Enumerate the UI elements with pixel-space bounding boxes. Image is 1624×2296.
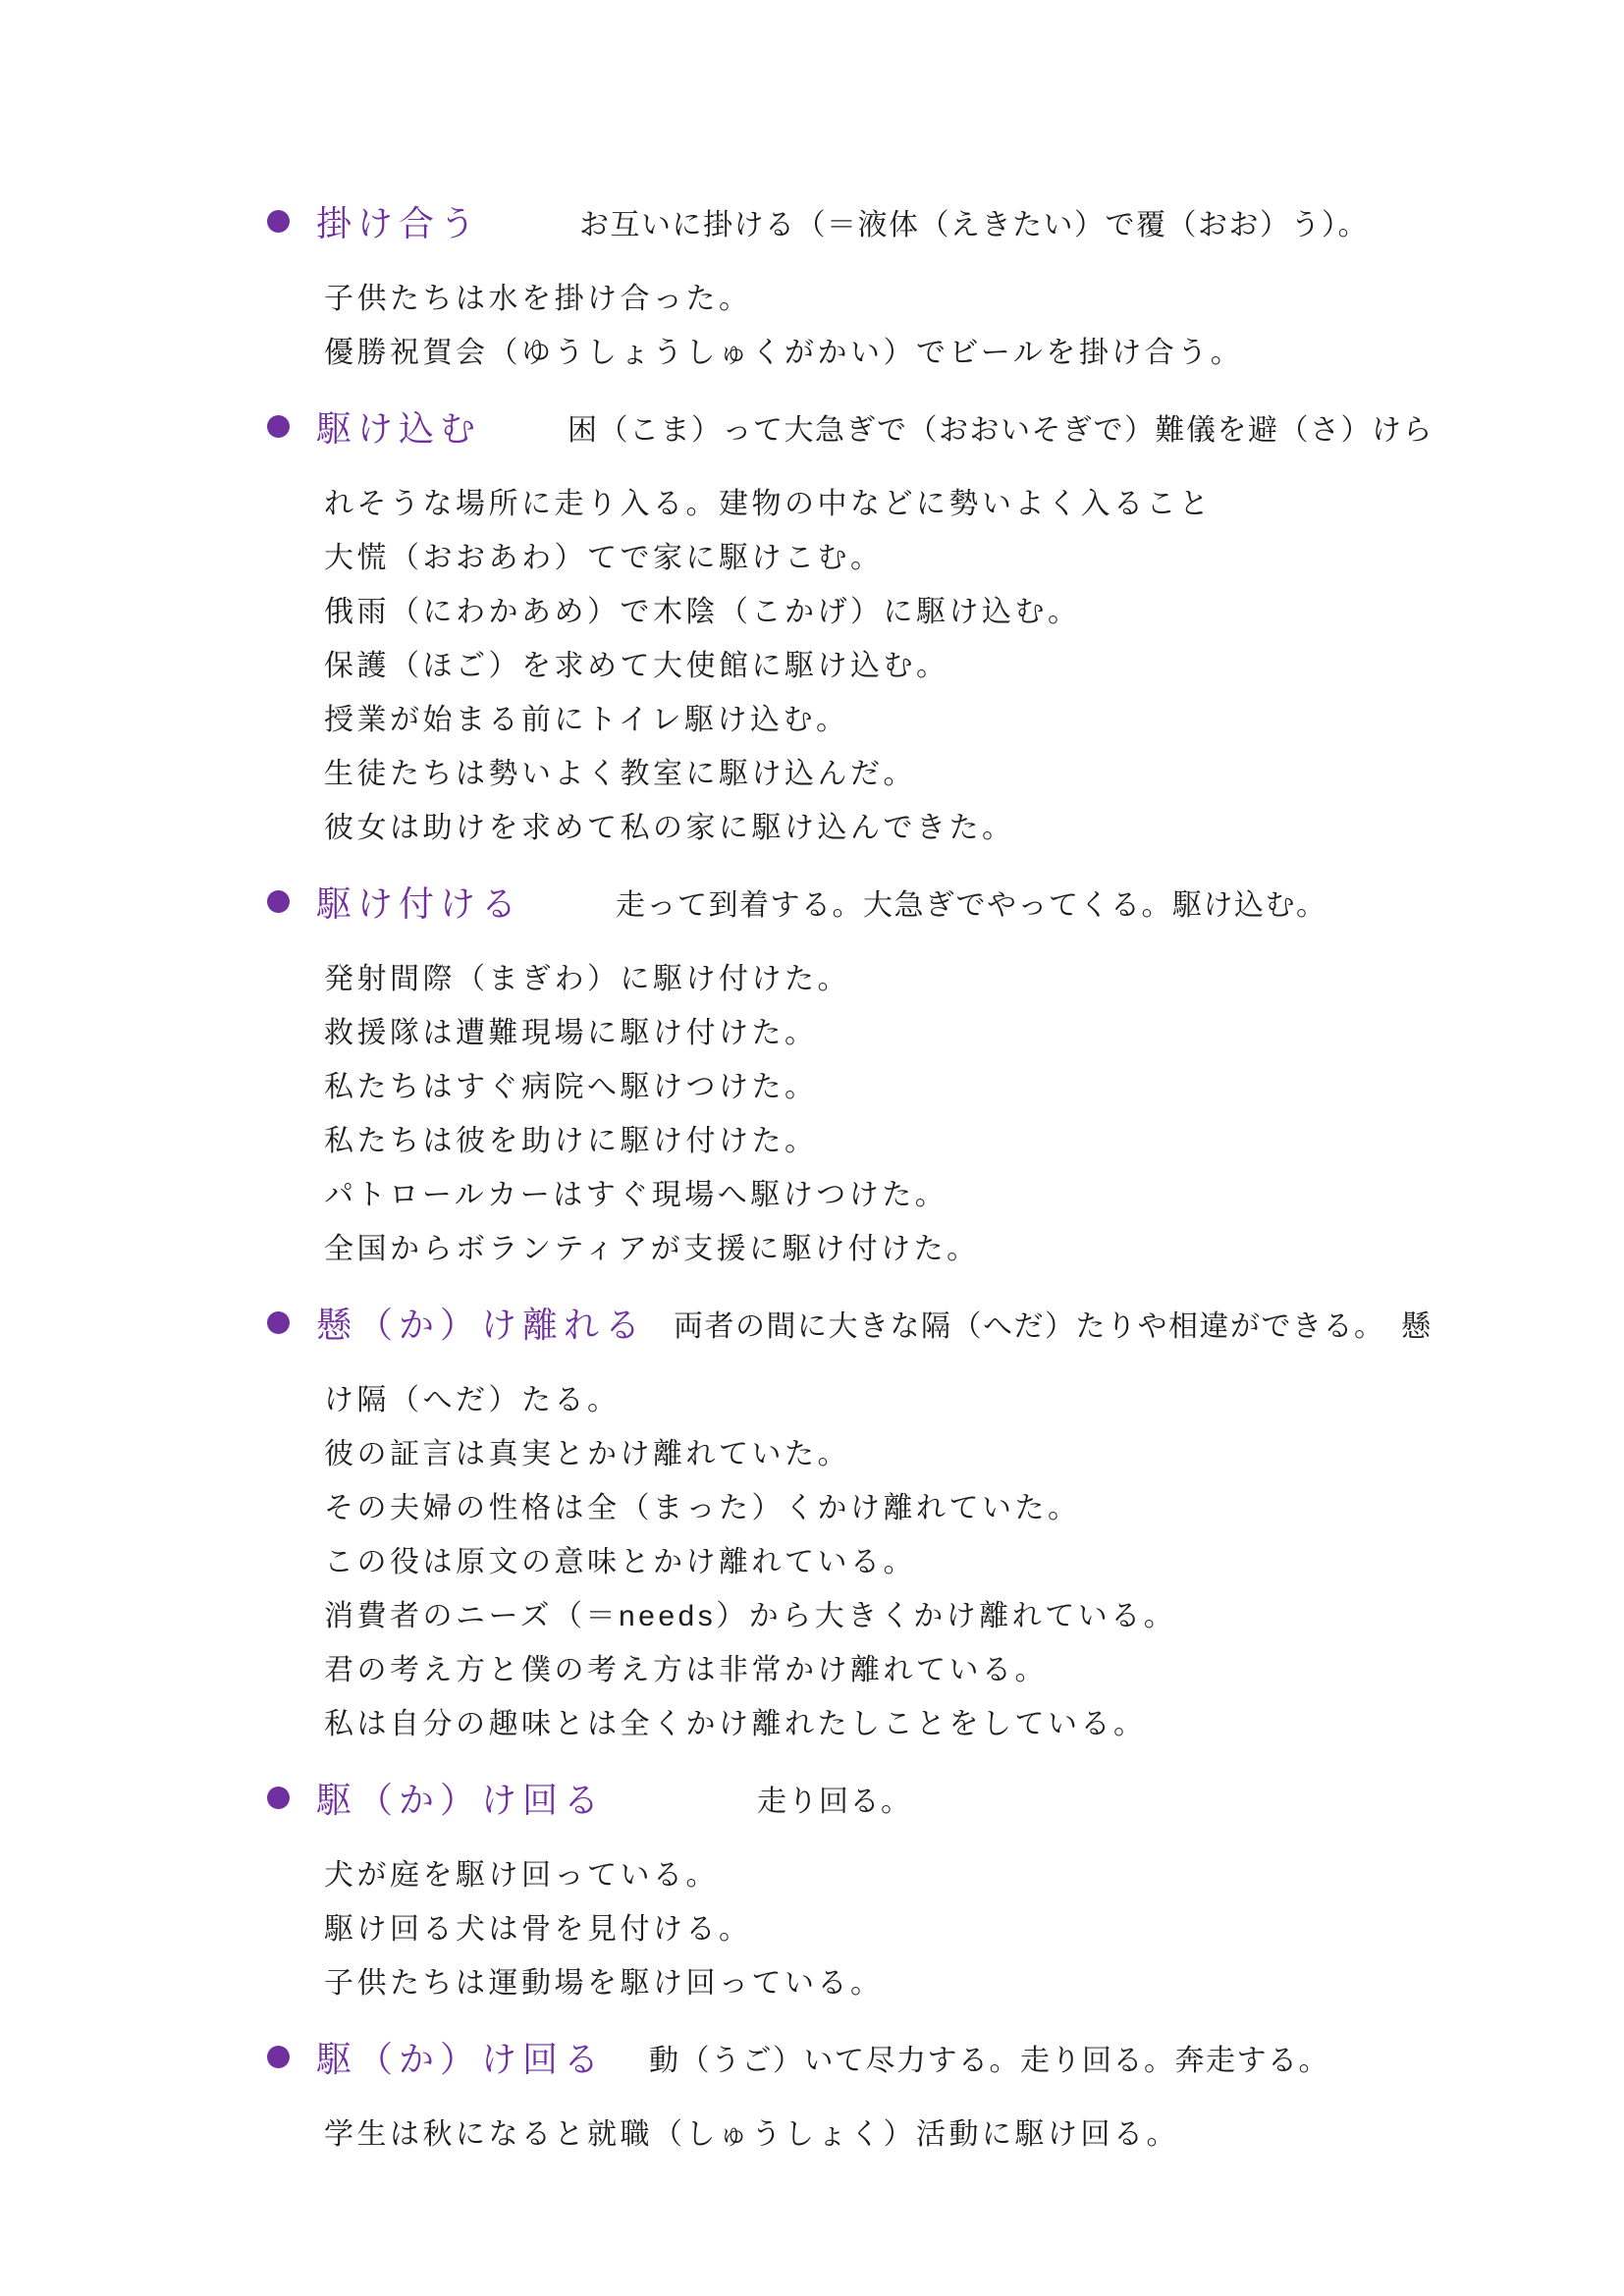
bullet-icon [267,1311,290,1334]
example-sentence: この役は原文の意味とかけ離れている。 [324,1535,1565,1589]
entry-definition-continuation: れそうな場所に走り入る。建物の中などに勢いよく入ること [324,477,1565,531]
example-sentence: 優勝祝賀会（ゆうしょうしゅくがかい）でビールを掛け合う。 [324,326,1565,380]
example-sentence: 彼女は助けを求めて私の家に駆け込んできた。 [324,801,1565,855]
vocab-entry: 駆け込む 困（こま）って大急ぎで（おおいそぎで）難儀を避（さ）けら れそうな場所… [267,401,1565,855]
entry-header: 駆け込む 困（こま）って大急ぎで（おおいそぎで）難儀を避（さ）けら [267,401,1565,452]
bullet-icon [267,890,290,913]
entry-definition: 両者の間に大きな隔（へだ）たりや相違ができる。 懸 [674,1302,1433,1345]
example-sentence: 私たちは彼を助けに駆け付けた。 [324,1114,1565,1168]
document-page: 掛け合う お互いに掛ける（＝液体（えきたい）で覆（おお）う）。 子供たちは水を掛… [0,0,1624,2162]
example-sentence: 犬が庭を駆け回っている。 [324,1848,1565,1902]
vocab-entry: 駆（か）け回る 走り回る。 犬が庭を駆け回っている。 駆け回る犬は骨を見付ける。… [267,1773,1565,2010]
entry-headword: 駆（か）け回る [316,1773,605,1823]
bullet-icon [267,2046,290,2068]
example-sentence: 君の考え方と僕の考え方は非常かけ離れている。 [324,1643,1565,1697]
example-sentence: 俄雨（にわかあめ）で木陰（こかげ）に駆け込む。 [324,585,1565,639]
entry-header: 駆（か）け回る 動（うご）いて尽力する。走り回る。奔走する。 [267,2032,1565,2082]
example-sentence: その夫婦の性格は全（まった）くかけ離れていた。 [324,1481,1565,1535]
example-sentence: 子供たちは水を掛け合った。 [324,272,1565,326]
example-sentence: 救援隊は遭難現場に駆け付けた。 [324,1006,1565,1060]
entry-definition: 困（こま）って大急ぎで（おおいそぎで）難儀を避（さ）けら [568,405,1434,449]
entry-definition: お互いに掛ける（＝液体（えきたい）で覆（おお）う）。 [579,200,1369,243]
entry-definition: 走って到着する。大急ぎでやってくる。駆け込む。 [616,881,1327,924]
example-sentence: 生徒たちは勢いよく教室に駆け込んだ。 [324,747,1565,801]
example-sentence: 私たちはすぐ病院へ駆けつけた。 [324,1060,1565,1114]
entry-header: 懸（か）け離れる 両者の間に大きな隔（へだ）たりや相違ができる。 懸 [267,1298,1565,1348]
example-sentence: 子供たちは運動場を駆け回っている。 [324,1956,1565,2010]
entry-definition-continuation: け隔（へだ）たる。 [324,1373,1565,1427]
entry-headword: 懸（か）け離れる [316,1298,646,1348]
example-sentence: 駆け回る犬は骨を見付ける。 [324,1902,1565,1956]
entry-headword: 駆け込む [316,401,481,452]
example-sentence: 授業が始まる前にトイレ駆け込む。 [324,693,1565,747]
bullet-icon [267,415,290,438]
bullet-icon [267,1787,290,1809]
entry-header: 駆（か）け回る 走り回る。 [267,1773,1565,1823]
example-sentence: パトロールカーはすぐ現場へ駆けつけた。 [324,1168,1565,1222]
example-sentence: 全国からボランティアが支援に駆け付けた。 [324,1222,1565,1276]
entry-definition: 走り回る。 [757,1777,912,1820]
vocab-entry: 掛け合う お互いに掛ける（＝液体（えきたい）で覆（おお）う）。 子供たちは水を掛… [267,196,1565,380]
vocab-entry: 懸（か）け離れる 両者の間に大きな隔（へだ）たりや相違ができる。 懸 け隔（へだ… [267,1298,1565,1751]
entry-definition: 動（うご）いて尽力する。走り回る。奔走する。 [649,2036,1329,2079]
example-sentence: 消費者のニーズ（＝needs）から大きくかけ離れている。 [324,1589,1565,1643]
example-sentence: 私は自分の趣味とは全くかけ離れたしことをしている。 [324,1697,1565,1751]
example-sentence: 大慌（おおあわ）てで家に駆けこむ。 [324,531,1565,585]
entry-headword: 駆（か）け回る [316,2032,605,2082]
entry-header: 掛け合う お互いに掛ける（＝液体（えきたい）で覆（おお）う）。 [267,196,1565,246]
example-sentence: 保護（ほご）を求めて大使館に駆け込む。 [324,639,1565,693]
example-sentence: 彼の証言は真実とかけ離れていた。 [324,1427,1565,1481]
entry-headword: 駆け付ける [316,877,522,927]
entry-headword: 掛け合う [316,196,481,246]
example-sentence: 学生は秋になると就職（しゅうしょく）活動に駆け回る。 [324,2108,1565,2162]
bullet-icon [267,210,290,233]
vocab-entry: 駆（か）け回る 動（うご）いて尽力する。走り回る。奔走する。 学生は秋になると就… [267,2032,1565,2162]
entry-header: 駆け付ける 走って到着する。大急ぎでやってくる。駆け込む。 [267,877,1565,927]
vocab-entry: 駆け付ける 走って到着する。大急ぎでやってくる。駆け込む。 発射間際（まぎわ）に… [267,877,1565,1276]
example-sentence: 発射間際（まぎわ）に駆け付けた。 [324,952,1565,1006]
